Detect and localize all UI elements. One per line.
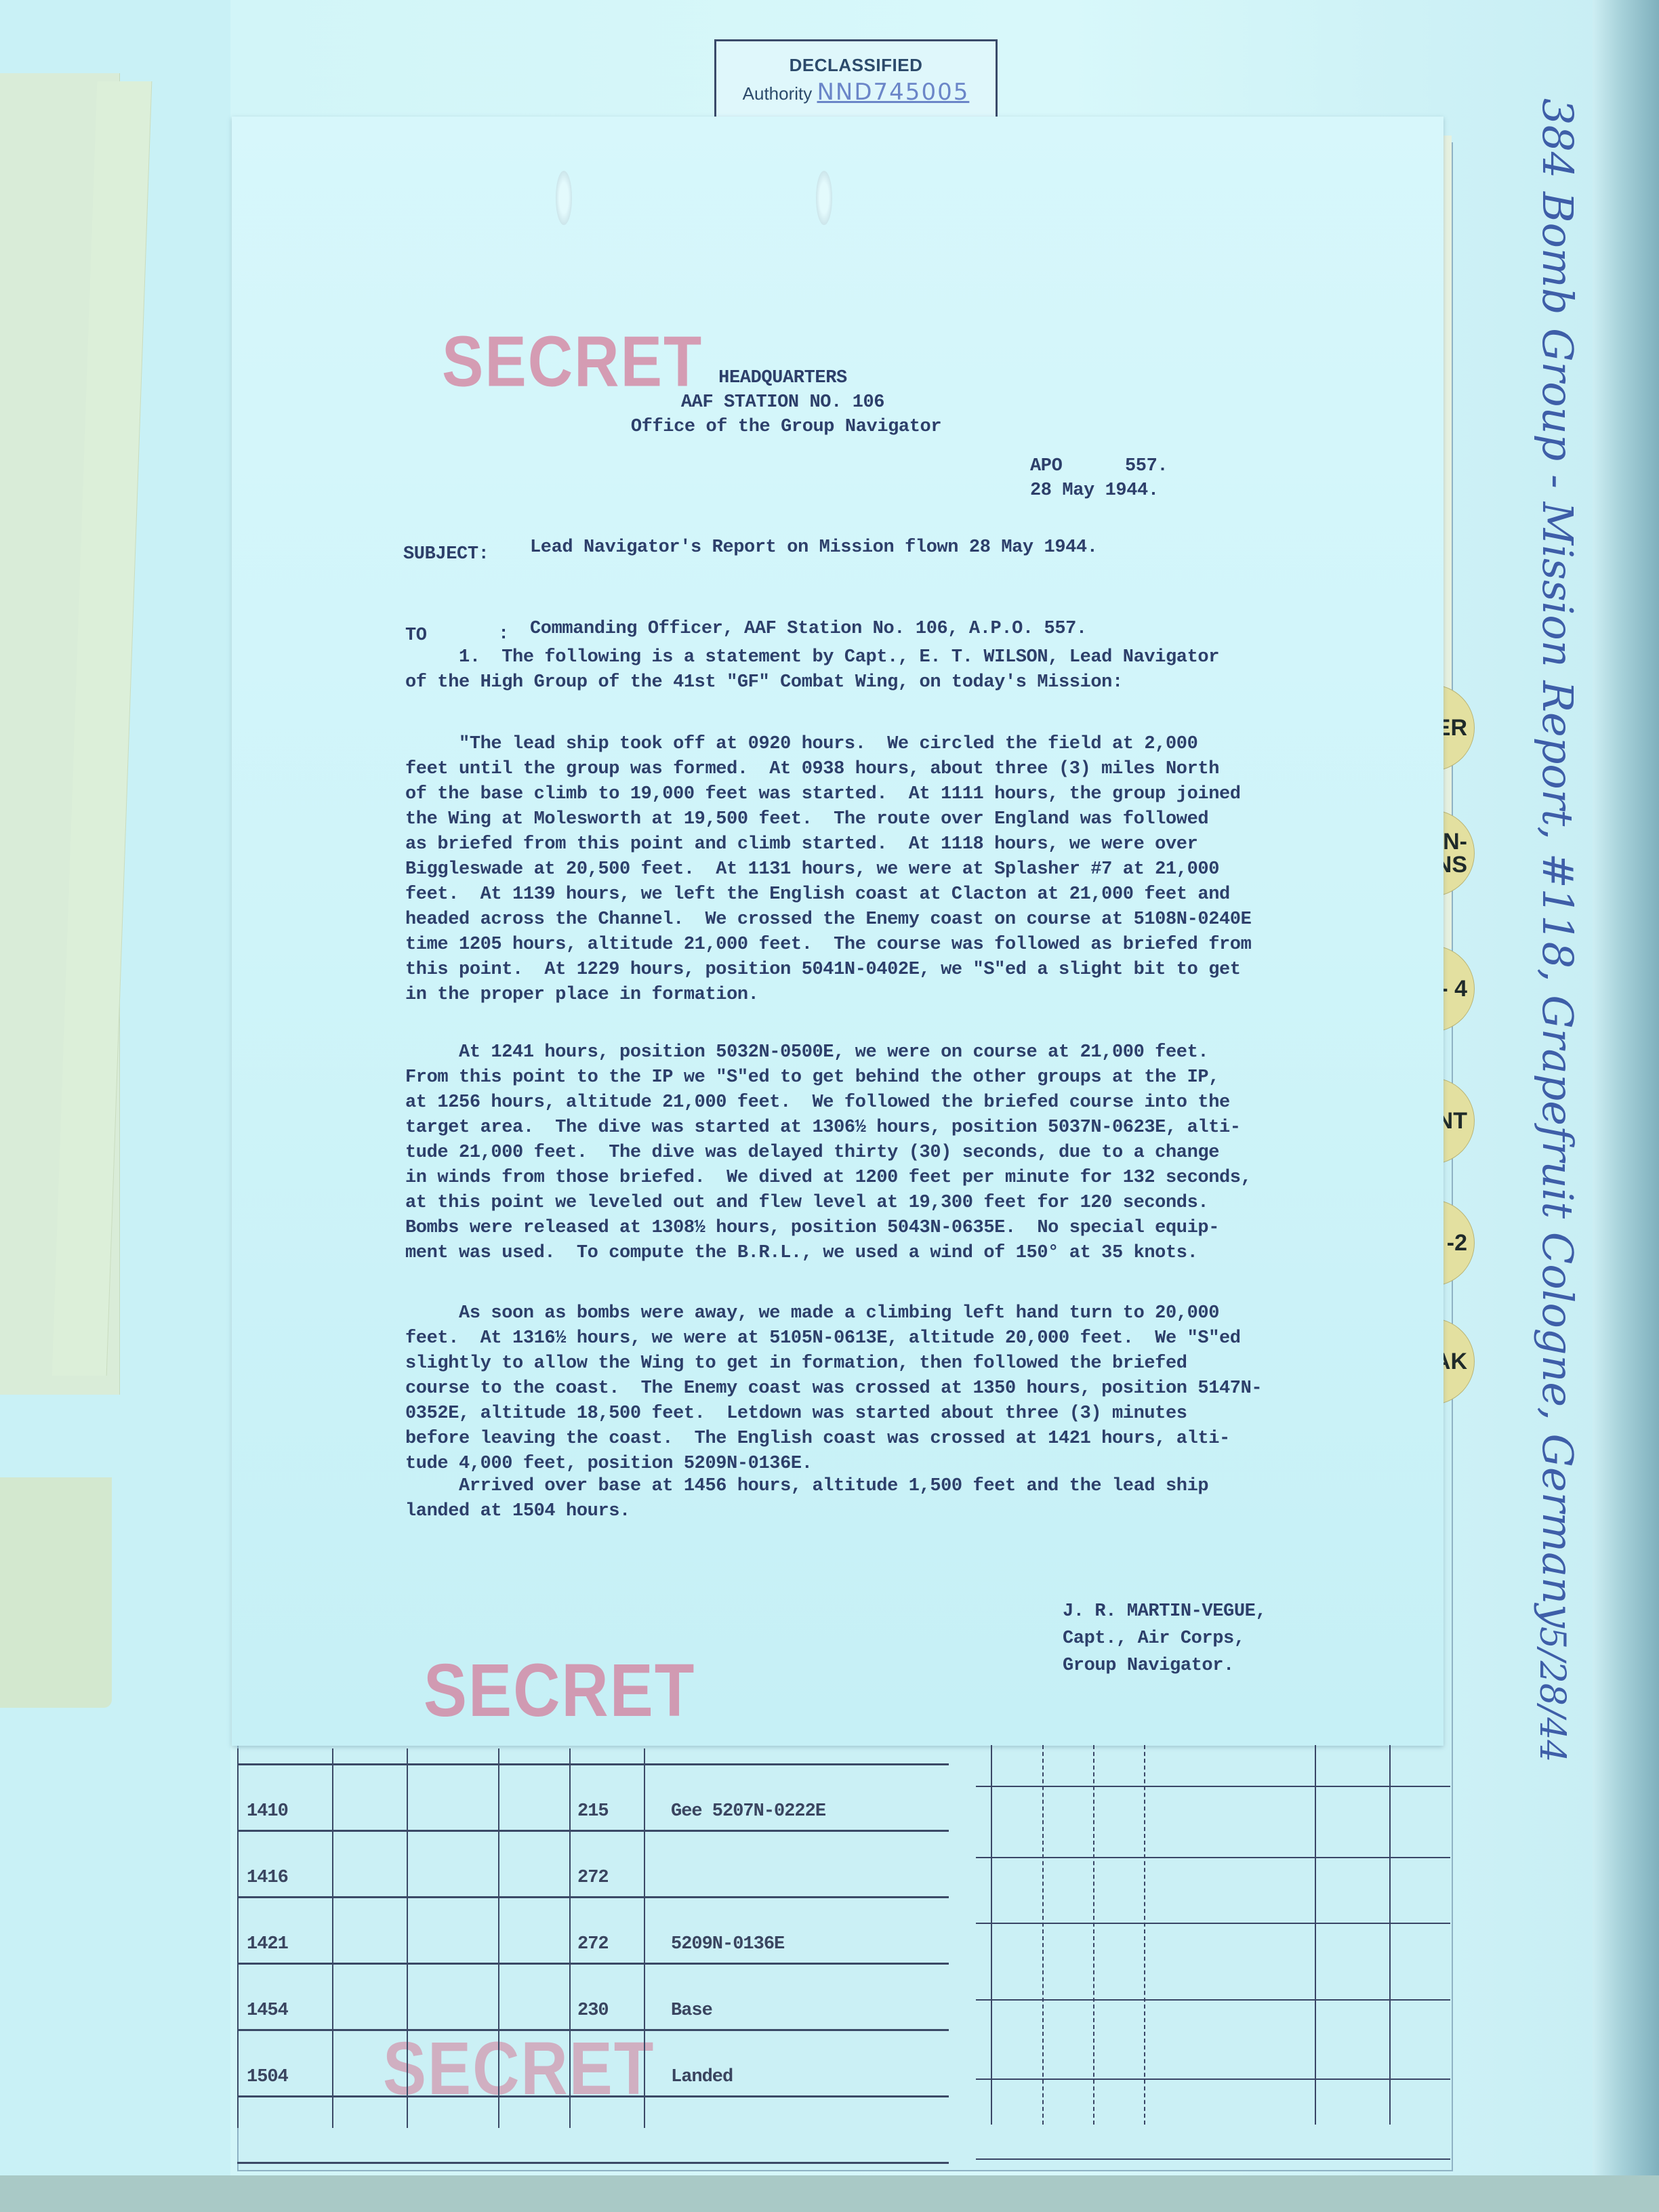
- grid-rule: [976, 2078, 1450, 2080]
- letterhead-station: AAF STATION NO. 106: [630, 390, 935, 415]
- cell-remarks: 5209N-0136E: [671, 1934, 784, 1954]
- text-line: this point. At 1229 hours, position 5041…: [405, 958, 1251, 983]
- handwritten-side-note: 384 Bomb Group - Mission Report, #118, G…: [1533, 98, 1582, 1628]
- table-column-rule: [644, 1748, 645, 2128]
- report-date: 28 May 1944.: [1030, 478, 1159, 504]
- grid-column-rule: [991, 1745, 992, 2125]
- signature-rank: Capt., Air Corps,: [1063, 1626, 1245, 1652]
- cell-heading: 230: [577, 2001, 609, 2021]
- paragraph-5-landing: Arrived over base at 1456 hours, altitud…: [405, 1474, 1208, 1524]
- table-rule: [237, 1963, 949, 1965]
- text-line: of the base climb to 19,000 feet was sta…: [405, 782, 1251, 807]
- cell-time: 1416: [247, 1868, 288, 1888]
- table-column-rule: [498, 1748, 499, 2128]
- text-line: From this point to the IP we "S"ed to ge…: [405, 1065, 1251, 1090]
- table-column-rule: [237, 1748, 239, 2128]
- text-line: tude 21,000 feet. The dive was delayed t…: [405, 1141, 1251, 1166]
- text-line: feet. At 1316½ hours, we were at 5105N-0…: [405, 1326, 1262, 1351]
- cell-time: 1410: [247, 1801, 288, 1822]
- paragraph-3-target-run: At 1241 hours, position 5032N-0500E, we …: [405, 1040, 1251, 1266]
- text-line: Biggleswade at 20,500 feet. At 1131 hour…: [405, 857, 1251, 882]
- text-line: course to the coast. The Enemy coast was…: [405, 1376, 1262, 1401]
- punch-hole-left: [556, 171, 572, 225]
- grid-rule: [976, 1786, 1450, 1787]
- table-rule: [237, 2095, 949, 2097]
- cell-time: 1454: [247, 2001, 288, 2021]
- secret-stamp-bottom: SECRET: [424, 1648, 695, 1734]
- letterhead-headquarters: HEADQUARTERS: [701, 366, 864, 391]
- cell-remarks: Gee 5207N-0222E: [671, 1801, 825, 1822]
- text-line: At 1241 hours, position 5032N-0500E, we …: [405, 1040, 1251, 1065]
- text-line: Arrived over base at 1456 hours, altitud…: [405, 1474, 1208, 1499]
- subject-text: Lead Navigator's Report on Mission flown…: [530, 535, 1098, 560]
- text-line: As soon as bombs were away, we made a cl…: [405, 1301, 1262, 1326]
- text-line: ment was used. To compute the B.R.L., we…: [405, 1241, 1251, 1266]
- text-line: Bombs were released at 1308½ hours, posi…: [405, 1216, 1251, 1241]
- text-line: of the High Group of the 41st "GF" Comba…: [405, 670, 1219, 695]
- text-line: time 1205 hours, altitude 21,000 feet. T…: [405, 933, 1251, 958]
- authority-value: NND745005: [817, 79, 970, 106]
- table-rule: [237, 1896, 949, 1898]
- grid-dashed-rule: [1042, 1745, 1044, 2125]
- text-line: the Wing at Molesworth at 19,500 feet. T…: [405, 807, 1251, 832]
- cell-heading: 272: [577, 1934, 609, 1954]
- text-line: target area. The dive was started at 130…: [405, 1115, 1251, 1141]
- desk-surface: [0, 2175, 1659, 2212]
- subject-label: SUBJECT:: [403, 542, 489, 567]
- paragraph-4-return: As soon as bombs were away, we made a cl…: [405, 1301, 1262, 1477]
- handwritten-date: 5/28/44: [1532, 1626, 1572, 1762]
- left-folder-bottom: [0, 1477, 112, 1708]
- declassified-stamp: DECLASSIFIED Authority NND745005: [714, 39, 998, 121]
- text-line: 0352E, altitude 18,500 feet. Letdown was…: [405, 1401, 1262, 1427]
- text-line: at 1256 hours, altitude 21,000 feet. We …: [405, 1090, 1251, 1115]
- back-sheet-grid: [962, 1745, 1450, 2125]
- grid-rule: [976, 1999, 1450, 2001]
- text-line: feet until the group was formed. At 0938…: [405, 757, 1251, 782]
- text-line: in the proper place in formation.: [405, 983, 1251, 1008]
- text-line: at this point we leveled out and flew le…: [405, 1191, 1251, 1216]
- declassified-title: DECLASSIFIED: [716, 55, 996, 76]
- text-line: headed across the Channel. We crossed th…: [405, 907, 1251, 933]
- text-line: "The lead ship took off at 0920 hours. W…: [405, 732, 1251, 757]
- navigation-log-table: 1410215Gee 5207N-0222E141627214212725209…: [237, 1748, 949, 2128]
- text-line: feet. At 1139 hours, we left the English…: [405, 882, 1251, 907]
- text-line: in winds from those briefed. We dived at…: [405, 1166, 1251, 1191]
- grid-rule: [976, 1857, 1450, 1858]
- grid-dashed-rule: [1144, 1745, 1145, 2125]
- cell-heading: 215: [577, 1801, 609, 1822]
- apo-number: 557.: [1125, 454, 1168, 479]
- binder-edge-shadow: [1593, 0, 1659, 2212]
- cell-time: 1504: [247, 2067, 288, 2087]
- punch-hole-right: [816, 171, 832, 225]
- paragraph-1: 1. The following is a statement by Capt.…: [405, 645, 1219, 695]
- table-rule: [237, 2029, 949, 2031]
- authority-label: Authority: [743, 83, 813, 104]
- letterhead-office: Office of the Group Navigator: [596, 415, 976, 440]
- grid-column-rule: [1389, 1745, 1391, 2125]
- text-line: tude 4,000 feet, position 5209N-0136E.: [405, 1452, 1262, 1477]
- paragraph-2-narrative: "The lead ship took off at 0920 hours. W…: [405, 732, 1251, 1008]
- signature-name: J. R. MARTIN-VEGUE,: [1063, 1599, 1266, 1624]
- table-rule: [237, 1763, 949, 1765]
- cell-heading: 272: [577, 1868, 609, 1888]
- apo-label: APO: [1030, 454, 1062, 479]
- table-rule: [237, 1830, 949, 1832]
- table-column-rule: [407, 1748, 408, 2128]
- table-column-rule: [569, 1748, 571, 2128]
- table-column-rule: [332, 1748, 333, 2128]
- text-line: landed at 1504 hours.: [405, 1499, 1208, 1524]
- table-rule: [237, 2162, 949, 2164]
- grid-column-rule: [1315, 1745, 1316, 2125]
- grid-rule: [976, 2158, 1450, 2160]
- text-line: 1. The following is a statement by Capt.…: [405, 645, 1219, 670]
- to-separator: :: [498, 622, 509, 647]
- grid-dashed-rule: [1093, 1745, 1094, 2125]
- text-line: slightly to allow the Wing to get in for…: [405, 1351, 1262, 1376]
- cell-remarks: Base: [671, 2001, 712, 2021]
- text-line: as briefed from this point and climb sta…: [405, 832, 1251, 857]
- signature-title: Group Navigator.: [1063, 1654, 1234, 1679]
- declassified-authority: Authority NND745005: [716, 79, 996, 106]
- to-text: Commanding Officer, AAF Station No. 106,…: [530, 617, 1087, 642]
- text-line: before leaving the coast. The English co…: [405, 1427, 1262, 1452]
- cell-remarks: Landed: [671, 2067, 733, 2087]
- grid-rule: [976, 1923, 1450, 1924]
- cell-time: 1421: [247, 1934, 288, 1954]
